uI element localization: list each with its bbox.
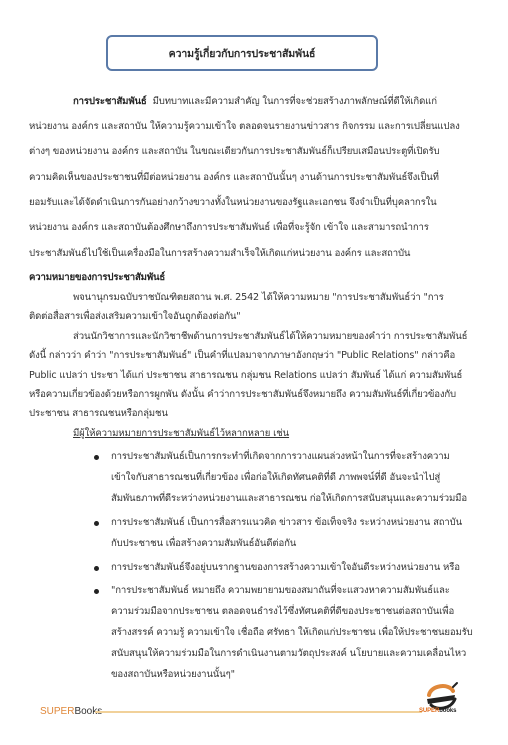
scholar-line-3: Public แปลว่า ประชา ได้แก่ ประชาชน สาธาร… bbox=[29, 369, 462, 383]
bullet-1-line-3: สัมพันธภาพที่ดีระหว่างหน่วยงานและสาธารณช… bbox=[111, 492, 467, 506]
intro-line-7: ประชาสัมพันธ์ไปใช้เป็นเครื่องมือในการสร้… bbox=[29, 247, 410, 261]
logo-wordmark-books: books bbox=[439, 708, 456, 714]
bullet-2-line-1: การประชาสัมพันธ์ เป็นการสื่อสารแนวคิด ข่… bbox=[111, 516, 462, 530]
footer-brand: SUPERBooks bbox=[40, 706, 102, 718]
title-box: ความรู้เกี่ยวกับการประชาสัมพันธ์ bbox=[106, 35, 378, 71]
scholar-line-5: ประชาชน สาธารณชนหรือกลุ่มชน bbox=[29, 407, 168, 421]
document-page: ความรู้เกี่ยวกับการประชาสัมพันธ์ การประช… bbox=[0, 0, 508, 745]
intro-line-6: หน่วยงาน องค์กร และสถาบันต้องศึกษาถึงการ… bbox=[29, 221, 429, 235]
scholar-line-4: หรือความเกี่ยวข้องด้วยหรือการผูกพัน ดังน… bbox=[29, 388, 456, 402]
intro-line-2: หน่วยงาน องค์กร และสถาบัน ให้ความรู้ความ… bbox=[29, 120, 460, 134]
page-title: ความรู้เกี่ยวกับการประชาสัมพันธ์ bbox=[169, 45, 316, 62]
intro-line-5: ยอมรับและได้จัดดำเนินการกันอย่างกว้างขวา… bbox=[29, 196, 437, 210]
bullet-2-line-2: กับประชาชน เพื่อสร้างความสัมพันธ์อันดีต่… bbox=[111, 537, 296, 551]
intro-lead-term: การประชาสัมพันธ์ bbox=[73, 96, 147, 107]
bullet-icon bbox=[94, 455, 99, 460]
bullet-icon bbox=[94, 566, 99, 571]
logo-wordmark: SUPERbooks bbox=[419, 708, 456, 714]
logo-wordmark-super: SUPER bbox=[419, 708, 439, 714]
scholar-line-1: ส่วนนักวิชาการและนักวิชาชีพด้านการประชาส… bbox=[73, 330, 467, 344]
bullet-4-line-5: ของสถาบันหรือหน่วยงานนั้นๆ" bbox=[111, 668, 235, 682]
intro-line-3: ต่างๆ ของหน่วยงาน องค์กร และสถาบัน ในขณะ… bbox=[29, 145, 439, 159]
list-intro: มีผู้ให้ความหมายการประชาสัมพันธ์ไว้หลากห… bbox=[73, 427, 289, 441]
scholar-line-2: ดังนี้ กล่าวว่า คำว่า "การประชาสัมพันธ์"… bbox=[29, 349, 455, 363]
bullet-icon bbox=[94, 521, 99, 526]
dictionary-line-2: ติดต่อสื่อสารเพื่อส่งเสริมความเข้าใจอันถ… bbox=[29, 310, 241, 324]
bullet-4-line-3: สร้างสรรค์ ความรู้ ความเข้าใจ เชื่อถือ ศ… bbox=[111, 626, 473, 640]
intro-line-4: ความคิดเห็นของประชาชนที่มีต่อหน่วยงาน อง… bbox=[29, 171, 439, 185]
bullet-4-line-2: ความร่วมมือจากประชาชน ตลอดจนธำรงไว้ซึ่งท… bbox=[111, 605, 454, 619]
bullet-1-line-2: เข้าใจกับสาธารณชนที่เกี่ยวข้อง เพื่อก่อใ… bbox=[111, 471, 440, 485]
footer-divider bbox=[95, 711, 422, 713]
footer-brand-super: SUPER bbox=[40, 706, 74, 717]
bullet-1-line-1: การประชาสัมพันธ์เป็นการกระทำที่เกิดจากกา… bbox=[111, 450, 450, 464]
bullet-4-line-1: "การประชาสัมพันธ์ หมายถึง ความพยายามของส… bbox=[111, 584, 450, 598]
intro-line-1: การประชาสัมพันธ์มีบทบาทและมีความสำคัญ ใน… bbox=[73, 95, 437, 109]
section-heading: ความหมายของการประชาสัมพันธ์ bbox=[29, 271, 165, 285]
bullet-icon bbox=[94, 589, 99, 594]
dictionary-line-1: พจนานุกรมฉบับราชบัณฑิตยสถาน พ.ศ. 2542 ได… bbox=[73, 291, 444, 305]
bullet-3-line-1: การประชาสัมพันธ์จึงอยู่บนรากฐานของการสร้… bbox=[111, 561, 460, 575]
intro-text: มีบทบาทและมีความสำคัญ ในการที่จะช่วยสร้า… bbox=[153, 96, 437, 107]
bullet-4-line-4: สนับสนุนให้ความร่วมมือในการดำเนินงานตามว… bbox=[111, 647, 466, 661]
